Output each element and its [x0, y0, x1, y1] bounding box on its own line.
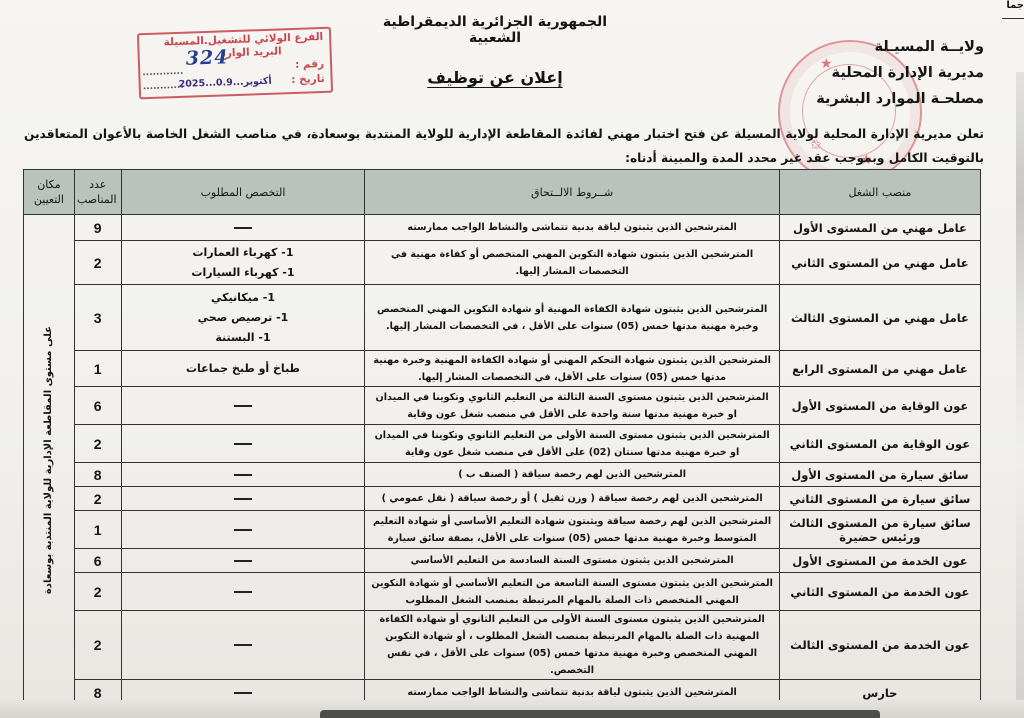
- table-row: عون الخدمة من المستوى الثاني المترشحين ا…: [24, 573, 981, 611]
- scanned-document: جما الجمهورية الجزائرية الديمقراطية الشع…: [0, 0, 1024, 718]
- specialty-cell: [121, 425, 365, 463]
- stamp-date-label: تاريخ :: [291, 73, 325, 86]
- table-row: عامل مهني من المستوى الأول المترشحين الذ…: [24, 215, 981, 241]
- table-header-row: منصب الشغل شــروط الالــتحاق التخصص المط…: [24, 170, 981, 215]
- count-cell: 6: [74, 387, 121, 425]
- table-row: عون الخدمة من المستوى الأول المترشحين ال…: [24, 549, 981, 573]
- header-count: عدد المناصب: [74, 170, 121, 215]
- specialty-item: 1- ميكانيكي: [126, 288, 361, 308]
- conditions-cell: المترشحين الذين يثبتون مستوى السنة الأول…: [365, 611, 779, 680]
- place-cell: على مستوى المقاطعة الإدارية للولاية المن…: [24, 215, 75, 706]
- count-cell: 6: [74, 549, 121, 573]
- dash-icon: [234, 443, 252, 445]
- specialty-item: طباخ أو طبخ جماعات: [126, 359, 361, 379]
- page-edge-shadow: [1016, 72, 1024, 712]
- table-row: عون الوقاية من المستوى الأول المترشحين ا…: [24, 387, 981, 425]
- position-cell: عامل مهني من المستوى الثاني: [779, 241, 980, 285]
- position-cell: عامل مهني من المستوى الثالث: [779, 285, 980, 351]
- specialty-item: 1- البستنة: [126, 328, 361, 348]
- count-cell: 2: [74, 241, 121, 285]
- count-cell: 2: [74, 573, 121, 611]
- conditions-cell: المترشحين الذين يثبتون مستوى السنة التاس…: [365, 573, 779, 611]
- conditions-cell: المترشحين الذين يثبتون لياقة بدنية تتماش…: [365, 215, 779, 241]
- specialty-cell: 1- ميكانيكي 1- ترصيص صحي 1- البستنة: [121, 285, 365, 351]
- position-cell: عون الخدمة من المستوى الثالث: [779, 611, 980, 680]
- stamp-dots: ............: [142, 67, 183, 78]
- specialty-cell: [121, 215, 365, 241]
- table-row: عامل مهني من المستوى الرابع المترشحين ال…: [24, 351, 981, 387]
- position-cell: عون الوقاية من المستوى الثاني: [779, 425, 980, 463]
- stamp-mail-type: البريد الوارد: [220, 45, 282, 59]
- dash-icon: [234, 529, 252, 531]
- stamp-number-label: رقم :: [295, 58, 324, 71]
- table-row: عامل مهني من المستوى الثالث المترشحين ال…: [24, 285, 981, 351]
- dash-icon: [234, 644, 252, 646]
- adjacent-page-edge: جما: [1002, 0, 1024, 19]
- header-specialty: التخصص المطلوب: [121, 170, 365, 215]
- specialty-item: 1- كهرباء السيارات: [126, 263, 361, 283]
- specialty-cell: [121, 549, 365, 573]
- place-text: على مستوى المقاطعة الإدارية للولاية المن…: [43, 326, 54, 594]
- wilaya-name: ولايــة المسيـلة: [754, 34, 984, 60]
- dash-icon: [234, 692, 252, 694]
- stamp-number-value: 324: [185, 46, 228, 69]
- specialty-item: 1- كهرباء العمارات: [126, 243, 361, 263]
- count-cell: 8: [74, 463, 121, 487]
- position-cell: عون الخدمة من المستوى الثاني: [779, 573, 980, 611]
- directorate-name: مديرية الإدارة المحلية: [754, 60, 984, 86]
- conditions-cell: المترشحين الذين يثبتون شهادة التكوين الم…: [365, 241, 779, 285]
- dash-icon: [234, 227, 252, 229]
- conditions-cell: المترشحين الذين لهم رخصة سياقة ( الصنف ب…: [365, 463, 779, 487]
- count-cell: 1: [74, 351, 121, 387]
- dash-icon: [234, 560, 252, 562]
- table-row: سائق سيارة من المستوى الأول المترشحين ال…: [24, 463, 981, 487]
- position-cell: عون الوقاية من المستوى الأول: [779, 387, 980, 425]
- count-cell: 2: [74, 425, 121, 463]
- stamp-date-value: 2025...أكتوبر...0.9: [179, 76, 272, 90]
- count-cell: 2: [74, 487, 121, 511]
- position-cell: عامل مهني من المستوى الرابع: [779, 351, 980, 387]
- header-position: منصب الشغل: [779, 170, 980, 215]
- specialty-cell: [121, 387, 365, 425]
- announcement-intro: تعلن مديرية الإدارة المحلية لولاية المسي…: [24, 122, 984, 170]
- position-cell: عون الخدمة من المستوى الأول: [779, 549, 980, 573]
- specialty-cell: [121, 573, 365, 611]
- issuing-authority: ولايــة المسيـلة مديرية الإدارة المحلية …: [754, 34, 984, 112]
- count-cell: 3: [74, 285, 121, 351]
- conditions-cell: المترشحين الذين يثبتون شهادة الكفاءة الم…: [365, 285, 779, 351]
- conditions-cell: المترشحين الذين لهم رخصة سياقة ( وزن ثقي…: [365, 487, 779, 511]
- conditions-cell: المترشحين الذين لهم رخصة سياقة ويثبتون ش…: [365, 511, 779, 549]
- position-cell: سائق سيارة من المستوى الثالث ورئيس حضيرة: [779, 511, 980, 549]
- dash-icon: [234, 498, 252, 500]
- dash-icon: [234, 405, 252, 407]
- count-cell: 1: [74, 511, 121, 549]
- service-name: مصلحـة الموارد البشرية: [754, 86, 984, 112]
- specialty-cell: [121, 511, 365, 549]
- table-row: سائق سيارة من المستوى الثاني المترشحين ا…: [24, 487, 981, 511]
- position-cell: عامل مهني من المستوى الأول: [779, 215, 980, 241]
- specialty-cell: [121, 463, 365, 487]
- count-cell: 2: [74, 611, 121, 680]
- specialty-cell: طباخ أو طبخ جماعات: [121, 351, 365, 387]
- specialty-cell: [121, 611, 365, 680]
- conditions-cell: المترشحين الذين يثبتون مستوى السنة الأول…: [365, 425, 779, 463]
- table-row: عامل مهني من المستوى الثاني المترشحين ال…: [24, 241, 981, 285]
- specialty-item: 1- ترصيص صحي: [126, 308, 361, 328]
- count-cell: 9: [74, 215, 121, 241]
- table-row: عون الخدمة من المستوى الثالث المترشحين ا…: [24, 611, 981, 680]
- table-row: عون الوقاية من المستوى الثاني المترشحين …: [24, 425, 981, 463]
- header-conditions: شــروط الالــتحاق: [365, 170, 779, 215]
- republic-heading: الجمهورية الجزائرية الديمقراطية الشعبية: [365, 14, 625, 46]
- specialty-cell: 1- كهرباء العمارات 1- كهرباء السيارات: [121, 241, 365, 285]
- conditions-cell: المترشحين الذين يثبتون مستوى السنة الثال…: [365, 387, 779, 425]
- positions-table: منصب الشغل شــروط الالــتحاق التخصص المط…: [23, 169, 981, 706]
- table-row: سائق سيارة من المستوى الثالث ورئيس حضيرة…: [24, 511, 981, 549]
- announcement-title: إعلان عن توظيف: [395, 68, 595, 87]
- conditions-cell: المترشحين الذين يثبتون شهادة التحكم المه…: [365, 351, 779, 387]
- position-cell: سائق سيارة من المستوى الأول: [779, 463, 980, 487]
- dash-icon: [234, 474, 252, 476]
- specialty-cell: [121, 487, 365, 511]
- position-cell: سائق سيارة من المستوى الثاني: [779, 487, 980, 511]
- conditions-cell: المترشحين الذين يثبتون مستوى السنة الساد…: [365, 549, 779, 573]
- dash-icon: [234, 591, 252, 593]
- header-place: مكان التعيين: [24, 170, 75, 215]
- incoming-mail-stamp: الفرع الولائي للتشغيل.المسيلة البريد الو…: [137, 27, 333, 100]
- scan-edge-bar: [320, 710, 880, 718]
